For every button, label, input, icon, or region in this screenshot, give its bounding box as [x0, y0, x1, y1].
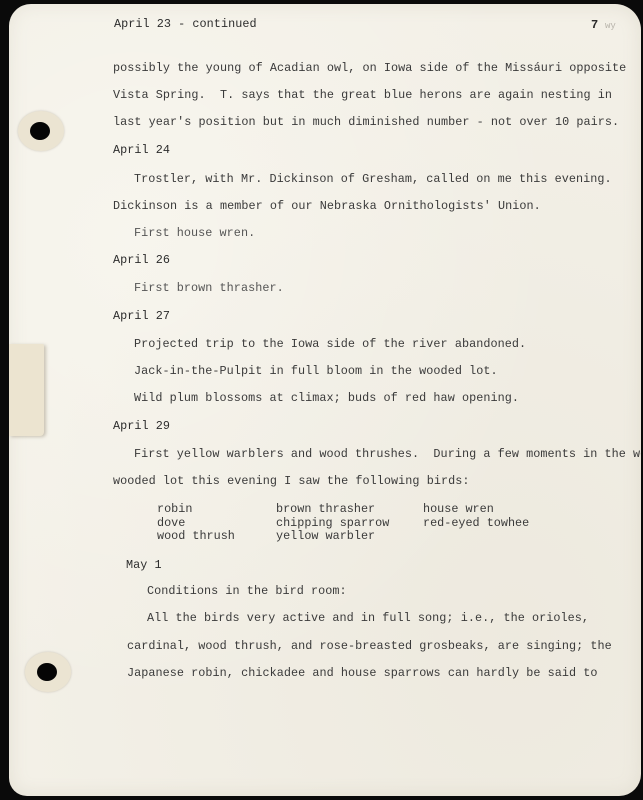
- body-line: Vista Spring. T. says that the great blu…: [113, 88, 612, 102]
- punch-hole-reinforcement-top: [18, 111, 64, 151]
- bird-list-item: robin: [157, 503, 235, 517]
- body-line: possibly the young of Acadian owl, on Io…: [113, 61, 626, 75]
- entry-paragraph: All the birds very active and in full so…: [147, 611, 589, 625]
- punch-hole-icon: [37, 663, 57, 681]
- entry-paragraph: Japanese robin, chickadee and house spar…: [127, 666, 598, 680]
- page-number-mark: wy: [605, 21, 616, 31]
- entry-paragraph: cardinal, wood thrush, and rose-breasted…: [127, 639, 612, 653]
- bird-list-item: red-eyed towhee: [423, 517, 529, 531]
- bird-list-column-2: brown thrasher chipping sparrow yellow w…: [276, 503, 389, 544]
- punch-hole-reinforcement-bottom: [25, 652, 71, 692]
- bird-list-item: wood thrush: [157, 530, 235, 544]
- page-number: 7: [591, 18, 598, 32]
- entry-date: April 27: [113, 309, 170, 323]
- journal-page: April 23 - continued 7 wy possibly the y…: [9, 4, 641, 796]
- cloth-binding-tab: [9, 344, 44, 436]
- entry-paragraph: Dickinson is a member of our Nebraska Or…: [113, 199, 541, 213]
- entry-paragraph: First house wren.: [134, 226, 255, 240]
- body-line: last year's position but in much diminis…: [113, 115, 619, 129]
- bird-list-item: dove: [157, 517, 235, 531]
- entry-paragraph: Conditions in the bird room:: [147, 584, 347, 598]
- bird-list-column-3: house wren red-eyed towhee: [423, 503, 529, 530]
- entry-date: May 1: [126, 558, 162, 572]
- punch-hole-icon: [30, 122, 50, 140]
- entry-date: April 29: [113, 419, 170, 433]
- entry-paragraph: Trostler, with Mr. Dickinson of Gresham,…: [134, 172, 612, 186]
- entry-date: April 26: [113, 253, 170, 267]
- entry-paragraph: Projected trip to the Iowa side of the r…: [134, 337, 526, 351]
- entry-date: April 24: [113, 143, 170, 157]
- page-header-title: April 23 - continued: [114, 17, 257, 31]
- entry-paragraph: First yellow warblers and wood thrushes.…: [134, 447, 641, 461]
- bird-list-column-1: robin dove wood thrush: [157, 503, 235, 544]
- bird-list-item: chipping sparrow: [276, 517, 389, 531]
- bird-list-item: house wren: [423, 503, 529, 517]
- bird-list-item: brown thrasher: [276, 503, 389, 517]
- entry-paragraph: wooded lot this evening I saw the follow…: [113, 474, 469, 488]
- entry-paragraph: Jack-in-the-Pulpit in full bloom in the …: [134, 364, 498, 378]
- bird-list-item: yellow warbler: [276, 530, 389, 544]
- entry-paragraph: Wild plum blossoms at climax; buds of re…: [134, 391, 519, 405]
- entry-paragraph: First brown thrasher.: [134, 281, 284, 295]
